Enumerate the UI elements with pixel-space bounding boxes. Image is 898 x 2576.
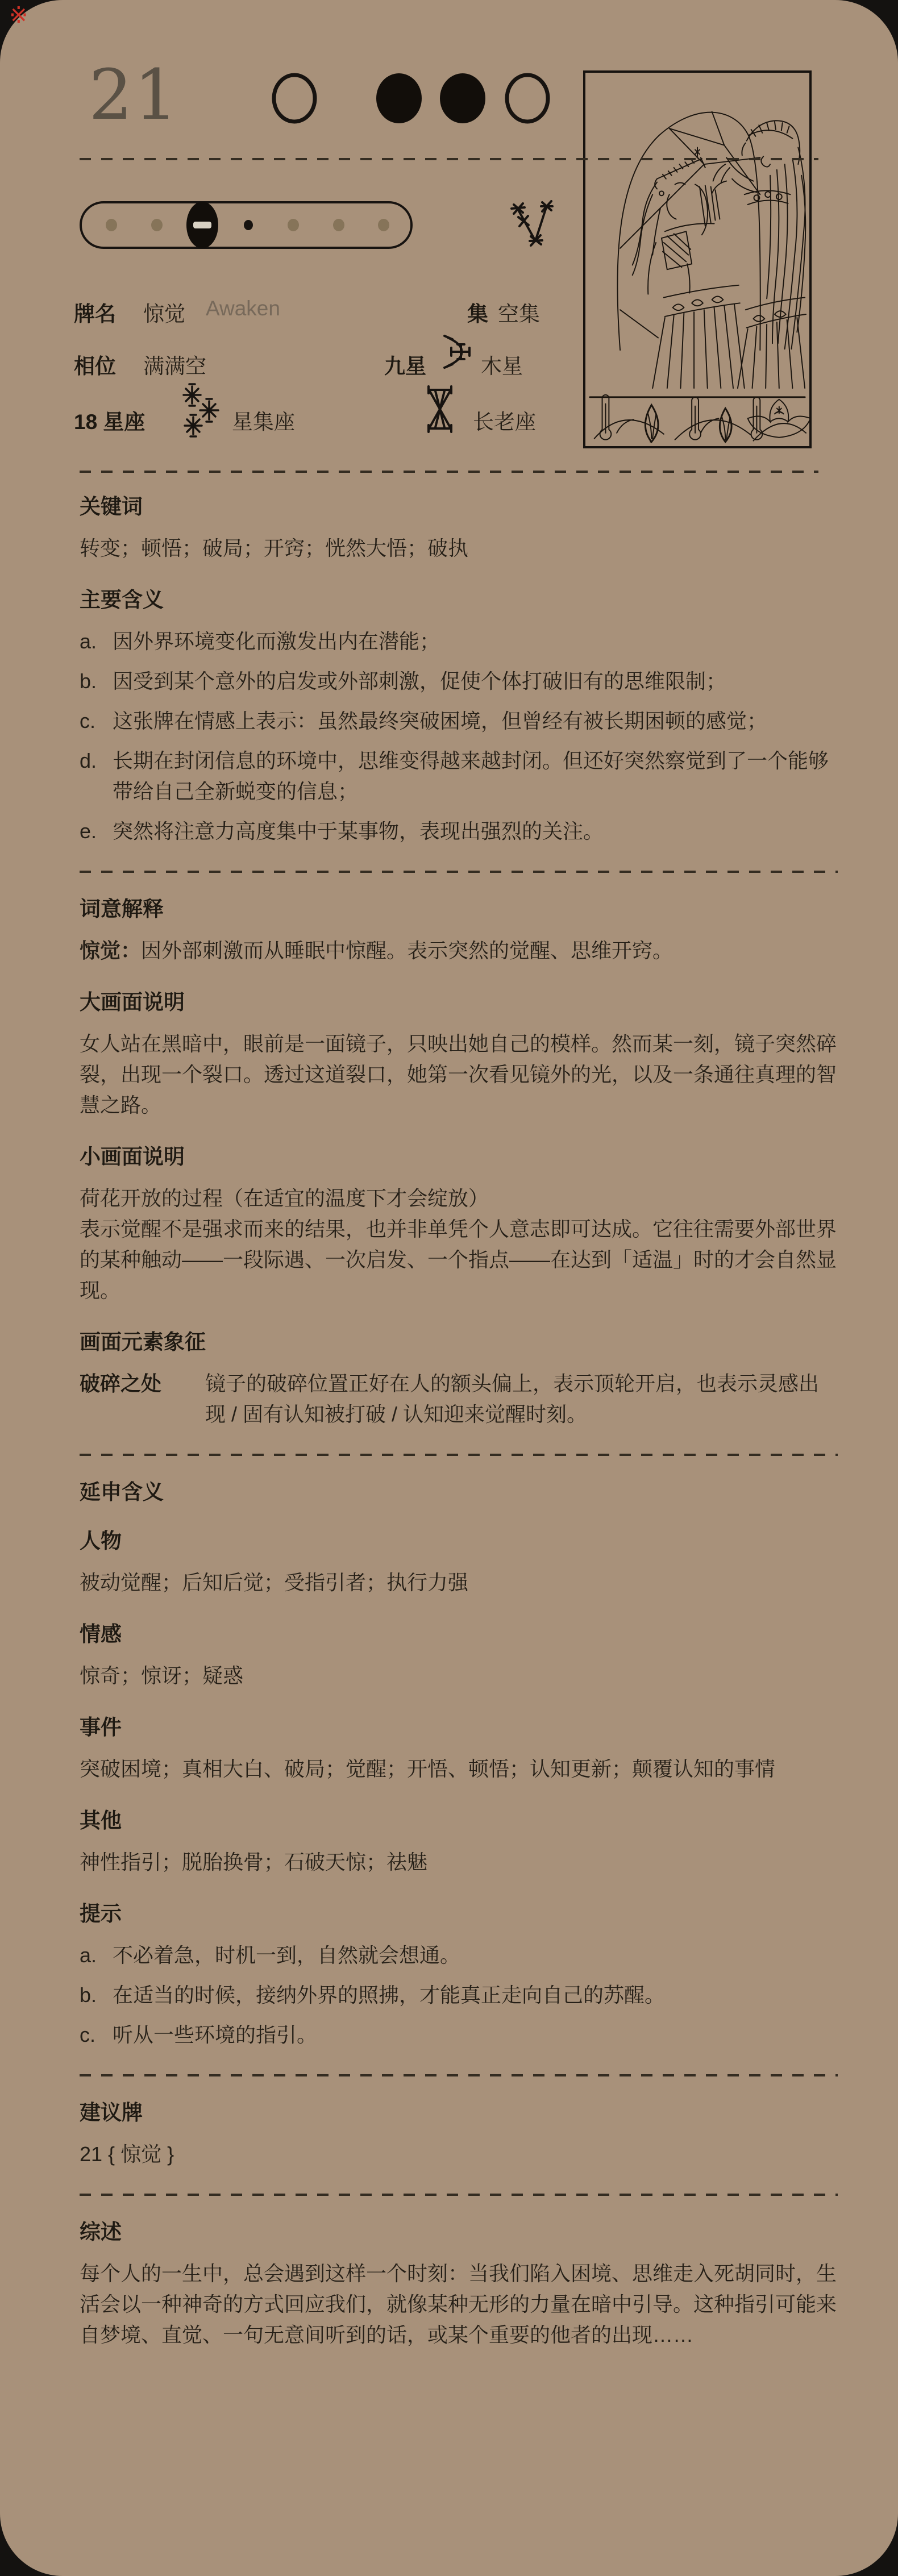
elder-icon [423,385,457,433]
divider [80,1454,838,1456]
list-marker: c. [80,2020,113,2050]
moon-full-icon [440,73,485,123]
list-item: e. 突然将注意力高度集中于某事物，表现出强烈的关注。 [80,816,838,847]
tarot-card-sheet: 21 [0,0,898,2576]
ninestar-value: 木星 [481,349,523,380]
list-marker: b. [80,666,113,697]
small-picture-heading: 小画面说明 [80,1145,838,1170]
card-number: 21 [89,55,179,135]
symbols-heading: 画面元素象征 [80,1330,838,1355]
phase-row: 相位 [74,349,116,380]
corner-asterisk-mark: ※ [9,2,28,28]
list-text: 突然将注意力高度集中于某事物，表现出强烈的关注。 [113,816,838,847]
main-meaning-heading: 主要含义 [80,588,838,613]
list-text: 长期在封闭信息的环境中，思维变得越来越封闭。但还好突然察觉到了一个能够带给自己全… [113,746,838,807]
slider-dot [288,219,299,231]
list-item: c. 听从一些环境的指引。 [80,2020,838,2050]
extended-group-text: 突破困境；真相大白、破局；觉醒；开悟、顿悟；认知更新；颠覆认知的事情 [80,1754,838,1784]
divider [80,2194,838,2196]
phase-label: 相位 [74,355,116,378]
extended-heading: 延申含义 [80,1480,838,1505]
suggestion-text: 21 { 惊觉 } [80,2139,838,2170]
list-marker: a. [80,1940,113,1971]
list-text: 听从一些环境的指引。 [113,2020,838,2050]
name-en: Awaken [206,297,280,321]
list-text: 这张牌在情感上表示：虽然最终突破困境，但曾经有被长期困顿的感觉； [113,706,838,736]
extended-group-text: 被动觉醒；后知后觉；受指引者；执行力强 [80,1567,838,1598]
list-marker: c. [80,706,113,736]
slider-dot [106,219,117,231]
set-row: 集 [467,297,488,327]
divider [80,158,818,160]
word-term: 惊觉： [80,939,141,962]
list-marker: d. [80,746,113,807]
phase-slider[interactable] [80,201,413,249]
minus-icon [193,222,211,228]
summary-heading: 综述 [80,2220,838,2245]
slider-dot-dark [244,220,253,230]
list-text: 因外界环境变化而激发出内在潜能； [113,626,838,657]
set-label: 集 [467,302,488,326]
extended-group-title: 情感 [80,1622,838,1647]
extended-group-text: 神性指引；脱胎换骨；石破天惊；祛魅 [80,1847,838,1878]
slider-dot [333,219,344,231]
list-item: d. 长期在封闭信息的环境中，思维变得越来越封闭。但还好突然察觉到了一个能够带给… [80,746,838,807]
artwork-illustration [585,73,809,446]
content: 关键词 转变；顿悟；破局；开窍；恍然大悟；破执 主要含义 a. 因外界环境变化而… [0,486,898,2350]
moon-phases [267,73,563,124]
header: 21 [0,0,898,490]
list-item: a. 因外界环境变化而激发出内在潜能； [80,626,838,657]
summary-text: 每个人的一生中，总会遇到这样一个时刻：当我们陷入困境、思维走入死胡同时，生活会以… [80,2258,838,2350]
card-name-row: 牌名 [74,297,116,327]
ninestar-row: 九星 [384,349,426,380]
elder-value: 长老座 [473,405,536,435]
list-item: a. 不必着急，时机一到，自然就会想通。 [80,1940,838,1971]
word-explanation-heading: 词意解释 [80,897,838,922]
name-value: 惊觉 [143,297,185,327]
phase-value: 满满空 [143,349,206,380]
extended-group-title: 人物 [80,1529,838,1554]
big-picture-text: 女人站在黑暗中，眼前是一面镜子，只映出她自己的模样。然而某一刻，镜子突然碎裂，出… [80,1029,838,1121]
suggestion-heading: 建议牌 [80,2100,838,2125]
symbol-text: 镜子的破碎位置正好在人的额头偏上，表示顶轮开启，也表示灵感出现 / 固有认知被打… [205,1368,838,1430]
divider [80,2074,838,2076]
big-picture-heading: 大画面说明 [80,990,838,1015]
name-label: 牌名 [74,302,116,326]
extended-group-text: 惊奇；惊讶；疑惑 [80,1661,838,1691]
jupiter-icon [442,333,471,371]
list-marker: b. [80,1980,113,2011]
moon-full-icon [376,73,422,123]
list-marker: a. [80,626,113,657]
word-definition: 因外部刺激而从睡眠中惊醒。表示突然的觉醒、思维开窍。 [141,939,673,962]
moon-empty-icon [274,75,315,122]
slider-dot [378,219,389,231]
small-picture-text: 表示觉醒不是强求而来的结果，也并非单凭个人意志即可达成。它往往需要外部世界的某种… [80,1214,838,1306]
list-item: c. 这张牌在情感上表示：虽然最终突破困境，但曾经有被长期困顿的感觉； [80,706,838,736]
slider-dot [151,219,163,231]
ninestar-label: 九星 [384,355,426,378]
list-item: b. 在适当的时候，接纳外界的照拂，才能真正走向自己的苏醒。 [80,1980,838,2011]
extended-group-title: 其他 [80,1808,838,1833]
star-cluster-icon [178,382,223,439]
list-item: b. 因受到某个意外的启发或外部刺激，促使个体打破旧有的思维限制； [80,666,838,697]
constellation-label: 18 星座 [74,410,145,434]
slider-active-handle[interactable] [186,202,218,248]
artwork-frame [583,70,812,448]
symbol-row: 破碎之处 镜子的破碎位置正好在人的额头偏上，表示顶轮开启，也表示灵感出现 / 固… [80,1368,838,1430]
small-picture-line: 荷花开放的过程（在适宜的温度下才会绽放） [80,1183,838,1214]
list-text: 不必着急，时机一到，自然就会想通。 [113,1940,838,1971]
list-text: 在适当的时候，接纳外界的照拂，才能真正走向自己的苏醒。 [113,1980,838,2011]
moon-empty-icon [507,75,548,122]
symbol-label: 破碎之处 [80,1368,205,1430]
extended-group-title: 事件 [80,1715,838,1740]
list-text: 因受到某个意外的启发或外部刺激，促使个体打破旧有的思维限制； [113,666,838,697]
tips-heading: 提示 [80,1901,838,1926]
divider [80,471,818,473]
constellation-value: 星集座 [232,405,295,435]
constellation-row: 18 星座 [74,405,145,435]
list-marker: e. [80,816,113,847]
keywords-text: 转变；顿悟；破局；开窍；恍然大悟；破执 [80,533,838,564]
word-explanation-text: 惊觉：因外部刺激而从睡眠中惊醒。表示突然的觉醒、思维开窍。 [80,935,838,966]
divider [80,871,838,873]
keywords-heading: 关键词 [80,494,838,519]
set-value: 空集 [498,297,540,327]
rune-icon [509,200,555,248]
